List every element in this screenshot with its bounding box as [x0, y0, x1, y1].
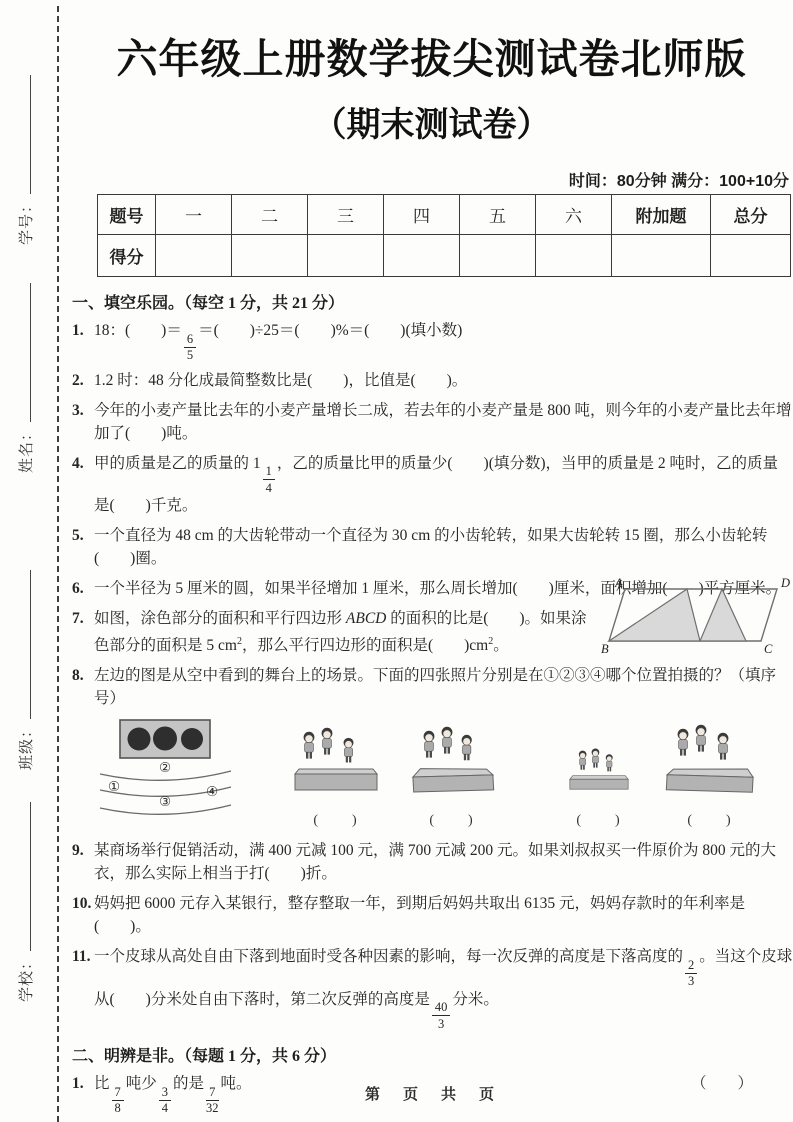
school-blank-line: [20, 802, 31, 951]
vertex-label-b: B: [601, 642, 609, 656]
question-11: 11. 一个皮球从高处自由下落到地面时受各种因素的影响，每一次反弹的高度是下落高…: [70, 945, 793, 1030]
margin-field-class: 班级：: [14, 570, 36, 770]
score-table-header-cell: 二: [232, 195, 308, 235]
question-8-figures: ② ① ④ ③ ( ): [70, 717, 793, 829]
question-1: 1. 18：( )＝65＝( )÷25＝( )%＝( )(填小数): [70, 319, 793, 362]
question-number: 4.: [70, 452, 94, 518]
stage-position-label-4: ④: [206, 784, 218, 799]
answer-blank: ( ): [290, 809, 382, 829]
photo-figure-3: ( ): [566, 737, 632, 829]
section1-heading: 一、填空乐园。（每空 1 分，共 21 分）: [72, 290, 793, 313]
dashed-cut-line: [57, 6, 59, 1122]
school-label: 学校：: [15, 954, 36, 1002]
exam-time-score-info: 时间：80分钟 满分：100+10分: [70, 168, 789, 191]
section2-heading: 二、明辨是非。（每题 1 分，共 6 分）: [72, 1043, 793, 1066]
margin-field-name: 姓名：: [14, 283, 36, 473]
question-text: 如图，涂色部分的面积和平行四边形 ABCD 的面积的比是( )。如果涂色部分的面…: [94, 607, 595, 657]
question-number: 10.: [70, 892, 94, 938]
stage-topview-figure: ② ① ④ ③: [98, 716, 248, 829]
question-text: 一个直径为 48 cm 的大齿轮带动一个直径为 30 cm 的小齿轮转，如果大齿…: [94, 524, 793, 570]
score-table-header-cell: 三: [308, 195, 384, 235]
exam-title: 六年级上册数学拔尖测试卷北师版: [70, 26, 793, 85]
question-text: 一个皮球从高处自由下落到地面时受各种因素的影响，每一次反弹的高度是下落高度的23…: [94, 945, 793, 1030]
score-table-header-cell: 总分: [711, 195, 791, 235]
question-9: 9. 某商场举行促销活动，满 400 元减 100 元，满 700 元减 200…: [70, 839, 793, 885]
exam-content: 六年级上册数学拔尖测试卷北师版 （期末测试卷） 时间：80分钟 满分：100+1…: [70, 0, 793, 1122]
score-table-header-row: 题号 一 二 三 四 五 六 附加题 总分: [98, 195, 791, 235]
score-row-label: 得分: [98, 235, 156, 277]
question-2: 2. 1.2 时：48 分化成最简整数比是( )，比值是( )。: [70, 369, 793, 392]
score-table-score-row: 得分: [98, 235, 791, 277]
question-number: 7.: [70, 607, 94, 657]
stage-position-label-3: ③: [159, 794, 171, 809]
page-footer: 第 页 共 页: [70, 1083, 793, 1104]
class-blank-line: [20, 570, 31, 719]
score-cell: [711, 235, 791, 277]
question-text: 某商场举行促销活动，满 400 元减 100 元，满 700 元减 200 元。…: [94, 839, 793, 885]
vertex-label-a: A: [614, 576, 623, 590]
stage-position-label-2: ②: [159, 760, 171, 775]
photo-figure-1: ( ): [290, 723, 382, 829]
question-number: 11.: [70, 945, 94, 1030]
parallelogram-figure: A D B C: [601, 575, 793, 657]
question-number: 2.: [70, 369, 94, 392]
score-table-header-cell: 附加题: [612, 195, 711, 235]
score-table-header-cell: 六: [536, 195, 612, 235]
question-text: 1.2 时：48 分化成最简整数比是( )，比值是( )。: [94, 369, 793, 392]
score-cell: [308, 235, 384, 277]
answer-blank: ( ): [662, 809, 758, 829]
score-cell: [384, 235, 460, 277]
photo-figure-2: ( ): [406, 723, 498, 829]
score-cell: [232, 235, 308, 277]
class-label: 班级：: [15, 722, 36, 770]
question-number: 5.: [70, 524, 94, 570]
score-cell: [612, 235, 711, 277]
student-id-label: 学号：: [15, 197, 36, 245]
answer-blank: ( ): [566, 809, 632, 829]
score-table-header-cell: 四: [384, 195, 460, 235]
vertex-label-c: C: [764, 642, 773, 656]
question-10: 10. 妈妈把 6000 元存入某银行，整存整取一年，到期后妈妈共取出 6135…: [70, 892, 793, 938]
stage-position-label-1: ①: [108, 779, 120, 794]
question-text: 18：( )＝65＝( )÷25＝( )%＝( )(填小数): [94, 319, 793, 362]
question-number: 1.: [70, 319, 94, 362]
exam-page: 学号： 姓名： 班级： 学校： 六年级上册数学拔尖测试卷北师版 （期末测试卷） …: [0, 0, 793, 1122]
question-number: 8.: [70, 664, 94, 710]
question-8: 8. 左边的图是从空中看到的舞台上的场景。下面的四张照片分别是在①②③④哪个位置…: [70, 664, 793, 710]
score-table: 题号 一 二 三 四 五 六 附加题 总分 得分: [97, 194, 791, 277]
score-table-header-cell: 一: [156, 195, 232, 235]
question-number: 6.: [70, 577, 94, 600]
exam-subtitle: （期末测试卷）: [70, 97, 793, 146]
question-number: 9.: [70, 839, 94, 885]
score-cell: [536, 235, 612, 277]
question-5: 5. 一个直径为 48 cm 的大齿轮带动一个直径为 30 cm 的小齿轮转，如…: [70, 524, 793, 570]
name-label: 姓名：: [15, 425, 36, 473]
vertex-label-d: D: [780, 576, 790, 590]
score-cell: [460, 235, 536, 277]
margin-field-student-id: 学号：: [14, 75, 36, 245]
photo-figure-4: ( ): [662, 723, 758, 829]
score-cell: [156, 235, 232, 277]
question-text: 甲的质量是乙的质量的 114，乙的质量比甲的质量少( )(填分数)，当甲的质量是…: [94, 452, 793, 518]
question-text: 今年的小麦产量比去年的小麦产量增长二成，若去年的小麦产量是 800 吨，则今年的…: [94, 399, 793, 445]
student-id-blank-line: [20, 75, 31, 194]
name-blank-line: [20, 283, 31, 422]
question-7: 7. 如图，涂色部分的面积和平行四边形 ABCD 的面积的比是( )。如果涂色部…: [70, 607, 793, 657]
question-4: 4. 甲的质量是乙的质量的 114，乙的质量比甲的质量少( )(填分数)，当甲的…: [70, 452, 793, 518]
question-text: 左边的图是从空中看到的舞台上的场景。下面的四张照片分别是在①②③④哪个位置拍摄的…: [94, 664, 793, 710]
score-table-header-cell: 五: [460, 195, 536, 235]
question-3: 3. 今年的小麦产量比去年的小麦产量增长二成，若去年的小麦产量是 800 吨，则…: [70, 399, 793, 445]
answer-blank: ( ): [406, 809, 498, 829]
question-text: 妈妈把 6000 元存入某银行，整存整取一年，到期后妈妈共取出 6135 元，妈…: [94, 892, 793, 938]
score-table-header-cell: 题号: [98, 195, 156, 235]
margin-field-school: 学校：: [14, 802, 36, 1002]
question-number: 3.: [70, 399, 94, 445]
